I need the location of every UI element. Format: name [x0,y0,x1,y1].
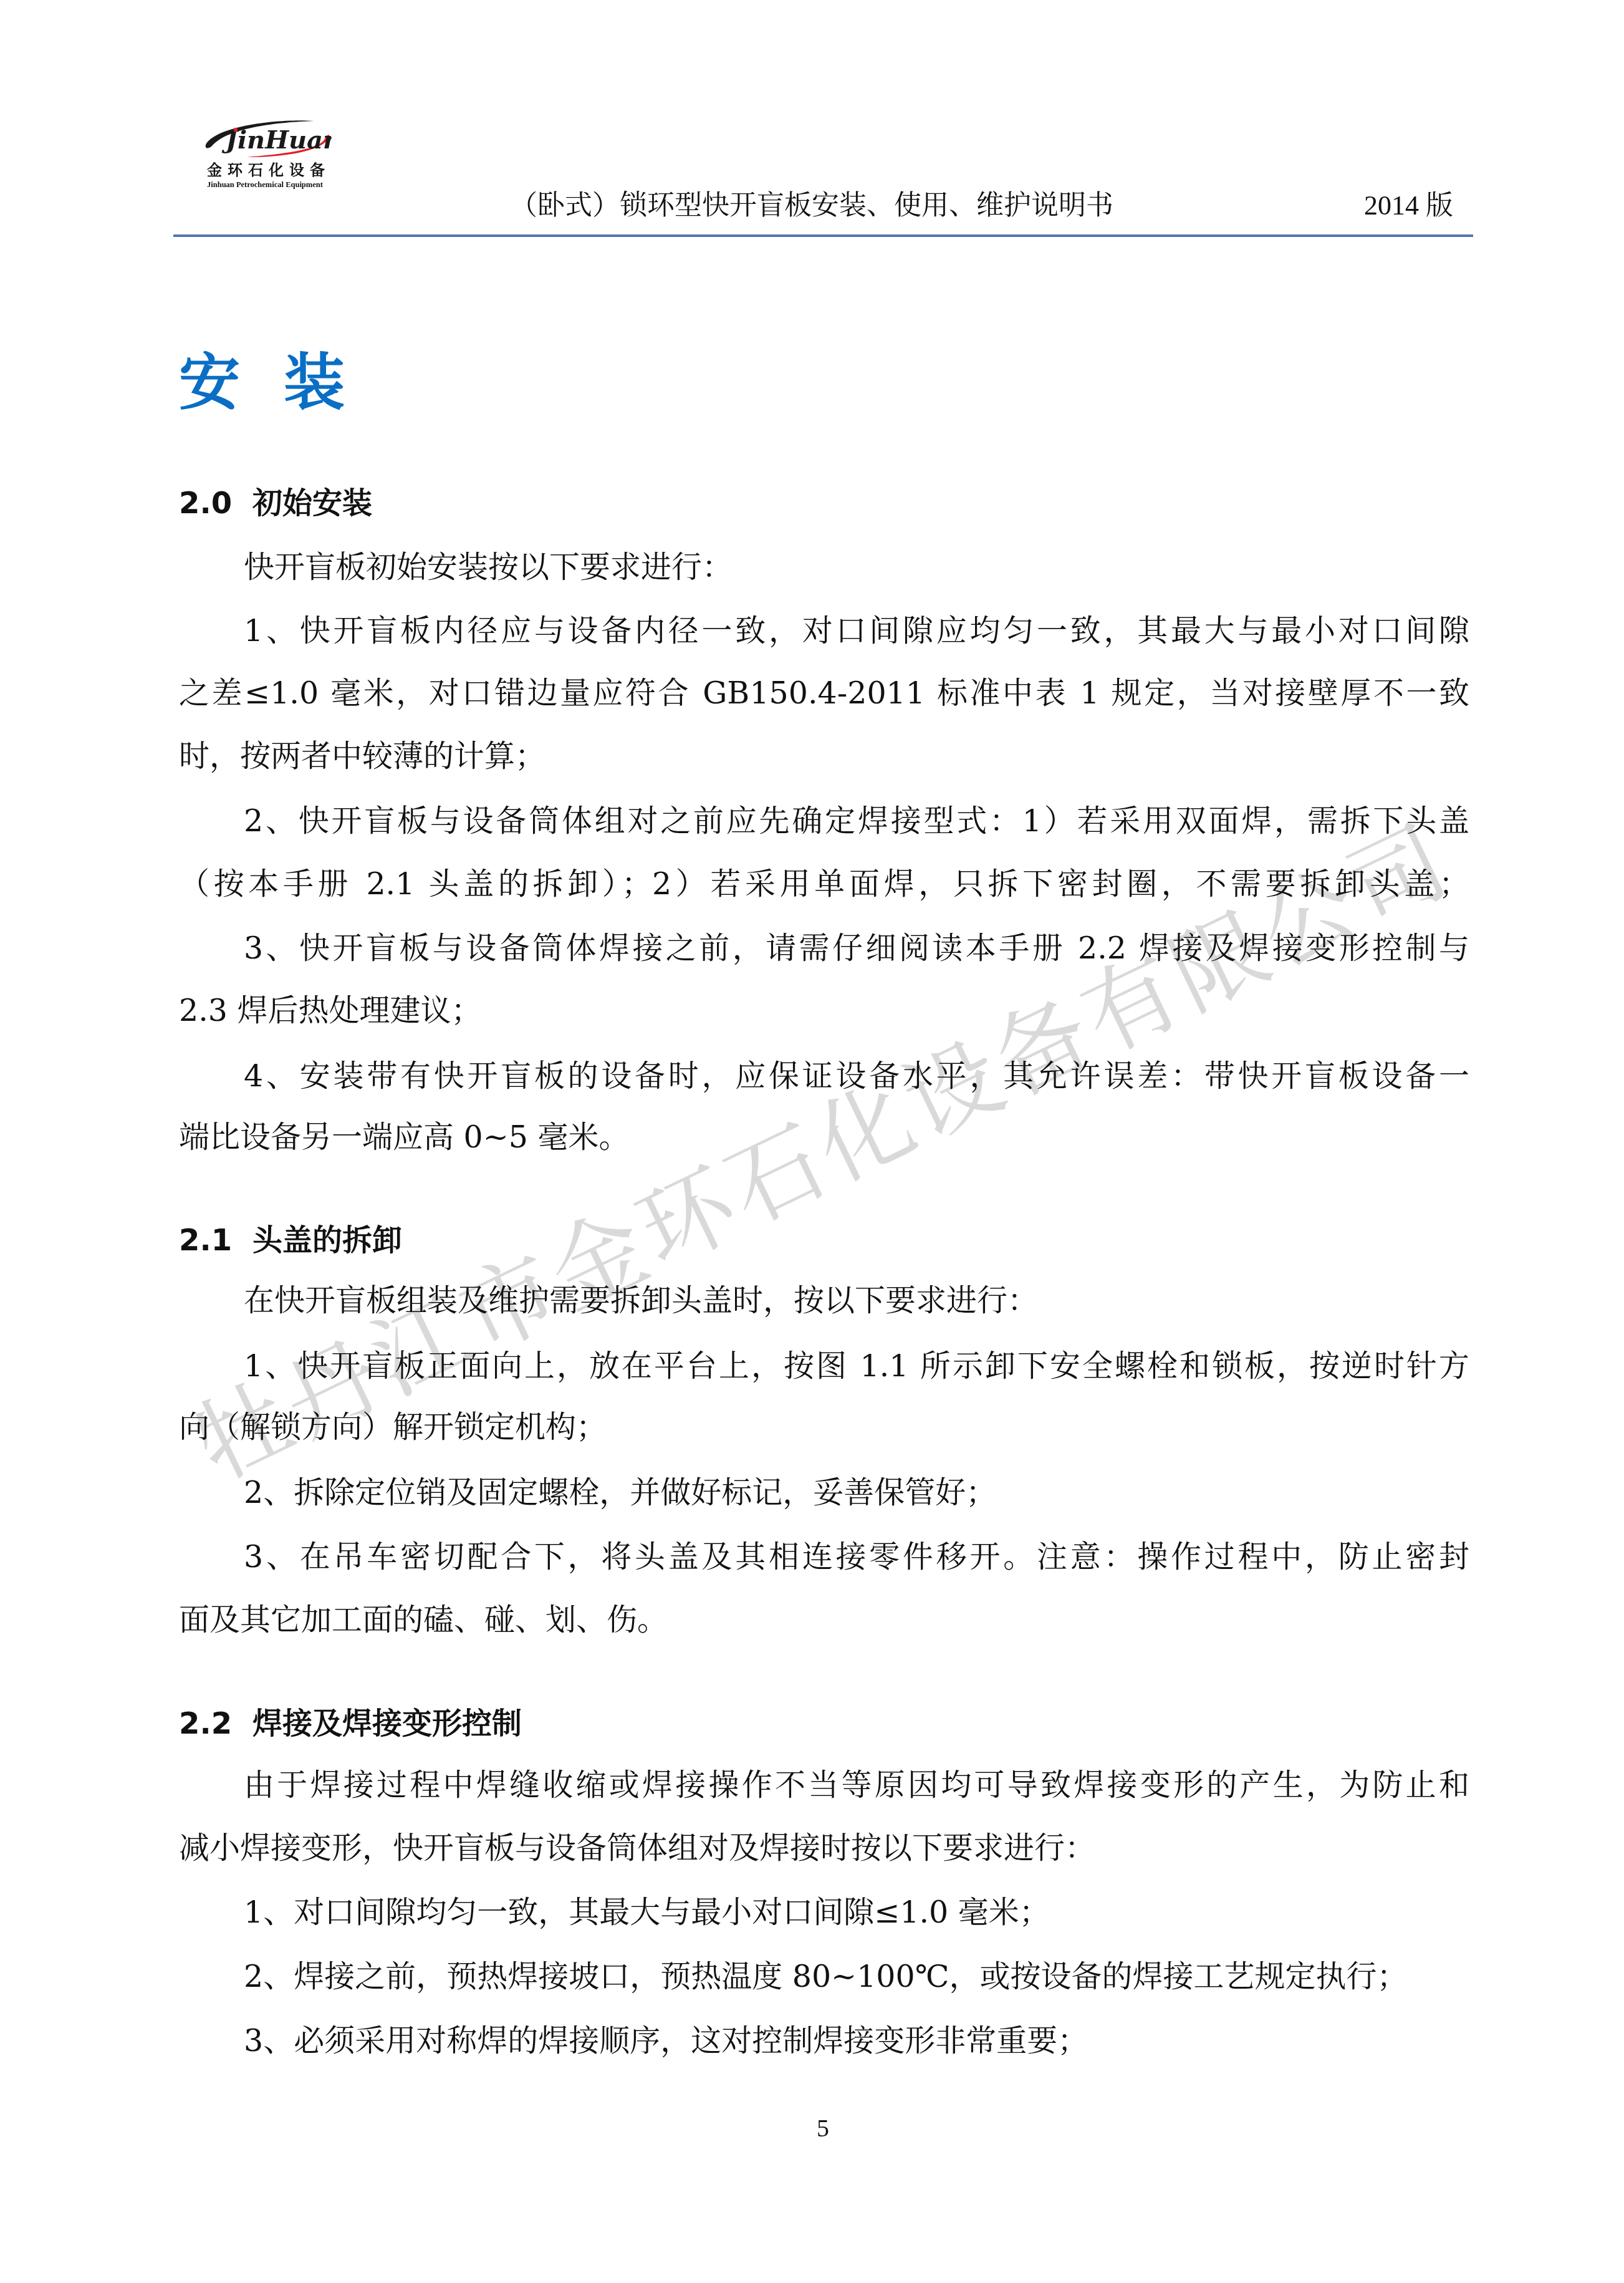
section-heading-2-1: 2.1头盖的拆卸 [179,1223,402,1258]
paragraph-line: 2.3 焊后热处理建议； [179,992,1469,1030]
paragraph-line: 2、焊接之前，预热焊接坡口，预热温度 80~100℃，或按设备的焊接工艺规定执行… [244,1958,1469,1996]
paragraph-line: 1、对口间隙均匀一致，其最大与最小对口间隙≤1.0 毫米； [244,1894,1469,1931]
logo-cn-name: 金环石化设备 [207,162,329,178]
section-number: 2.2 [179,1706,252,1741]
paragraph-line: 由于焊接过程中焊缝收缩或焊接操作不当等原因均可导致焊接变形的产生，为防止和 [244,1767,1469,1804]
paragraph-line: 面及其它加工面的磕、碰、划、伤。 [179,1601,1469,1639]
paragraph-line: 在快开盲板组装及维护需要拆卸头盖时，按以下要求进行： [244,1282,1469,1320]
paragraph-line: 1、快开盲板正面向上，放在平台上，按图 1.1 所示卸下安全螺栓和锁板，按逆时针… [244,1348,1469,1385]
paragraph-line: 快开盲板初始安装按以下要求进行： [244,549,1469,586]
paragraph-line: 向（解锁方向）解开锁定机构； [179,1409,1469,1446]
paragraph-line: 之差≤1.0 毫米，对口错边量应符合 GB150.4-2011 标准中表 1 规… [179,675,1469,712]
paragraph-line: 减小焊接变形，快开盲板与设备筒体组对及焊接时按以下要求进行： [179,1830,1469,1867]
jinhuan-swoosh-icon: JinHuan [203,117,332,161]
paragraph-line: 时，按两者中较薄的计算； [179,738,1469,775]
paragraph-line: 4、安装带有快开盲板的设备时，应保证设备水平，其允许误差：带快开盲板设备一 [244,1058,1469,1095]
section-heading-2-2: 2.2焊接及焊接变形控制 [179,1706,522,1741]
paragraph-line: 3、在吊车密切配合下，将头盖及其相连接零件移开。注意：操作过程中，防止密封 [244,1538,1469,1576]
document-page: JinHuan 金环石化设备 Jinhuan Petrochemical Equ… [0,0,1624,2283]
paragraph-line: 2、拆除定位销及固定螺栓，并做好标记，妥善保管好； [244,1474,1469,1512]
page-number: 5 [810,2116,835,2141]
paragraph-line: （按本手册 2.1 头盖的拆卸）；2）若采用单面焊，只拆下密封圈，不需要拆卸头盖… [179,866,1469,903]
logo-en-name: Jinhuan Petrochemical Equipment [207,180,329,189]
section-title: 焊接及焊接变形控制 [252,1706,522,1741]
section-title: 头盖的拆卸 [252,1223,402,1258]
document-version: 2014 版 [1364,190,1453,221]
header-divider [173,234,1473,237]
document-header-title: （卧式）锁环型快开盲板安装、使用、维护说明书 [510,190,1113,221]
section-title: 初始安装 [252,486,372,521]
paragraph-line: 2、快开盲板与设备筒体组对之前应先确定焊接型式：1）若采用双面焊，需拆下头盖 [244,803,1469,840]
section-heading-2-0: 2.0初始安装 [179,486,372,521]
company-logo: JinHuan 金环石化设备 Jinhuan Petrochemical Equ… [203,117,332,192]
paragraph-line: 1、快开盲板内径应与设备内径一致，对口间隙应均匀一致，其最大与最小对口间隙 [244,612,1469,650]
paragraph-line: 3、必须采用对称焊的焊接顺序，这对控制焊接变形非常重要； [244,2022,1469,2060]
chapter-title: 安 装 [179,350,356,415]
svg-text:JinHuan: JinHuan [221,125,332,155]
section-number: 2.1 [179,1223,252,1258]
paragraph-line: 端比设备另一端应高 0~5 毫米。 [179,1119,1469,1156]
paragraph-line: 3、快开盲板与设备筒体焊接之前，请需仔细阅读本手册 2.2 焊接及焊接变形控制与 [244,930,1469,967]
section-number: 2.0 [179,486,252,521]
